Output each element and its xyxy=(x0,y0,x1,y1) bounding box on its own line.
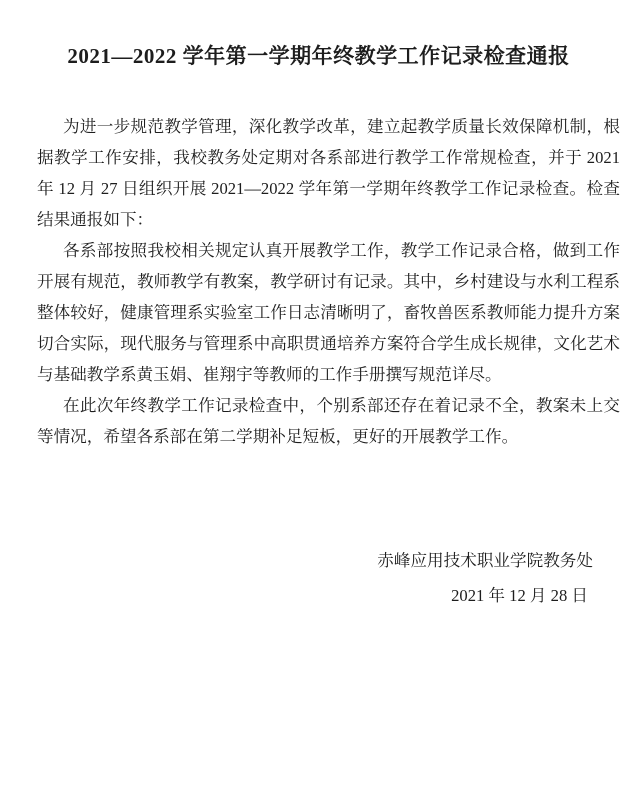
paragraph-line: 等情况，希望各系部在第二学期补足短板，更好的开展教学工作。 xyxy=(37,421,620,452)
signature-organization: 赤峰应用技术职业学院教务处 xyxy=(37,543,620,578)
paragraph-2: 各系部按照我校相关规定认真开展教学工作，教学工作记录合格，做到工作 开展有规范，… xyxy=(37,235,620,390)
paragraph-line: 切合实际，现代服务与管理系中高职贯通培养方案符合学生成长规律，文化艺术 xyxy=(37,328,620,359)
paragraph-line: 年 12 月 27 日组织开展 2021—2022 学年第一学期年终教学工作记录… xyxy=(37,173,620,204)
paragraph-line: 为进一步规范教学管理，深化教学改革，建立起教学质量长效保障机制，根 xyxy=(37,111,620,142)
signature-date: 2021 年 12 月 28 日 xyxy=(37,578,620,613)
paragraph-line: 结果通报如下： xyxy=(37,204,620,235)
paragraph-line: 开展有规范，教师教学有教案，教学研讨有记录。其中，乡村建设与水利工程系 xyxy=(37,266,620,297)
paragraph-line: 整体较好，健康管理系实验室工作日志清晰明了，畜牧兽医系教师能力提升方案 xyxy=(37,297,620,328)
document-body: 为进一步规范教学管理，深化教学改革，建立起教学质量长效保障机制，根 据教学工作安… xyxy=(37,111,620,452)
document-page: 2021—2022 学年第一学期年终教学工作记录检查通报 为进一步规范教学管理，… xyxy=(0,0,637,785)
paragraph-line: 各系部按照我校相关规定认真开展教学工作，教学工作记录合格，做到工作 xyxy=(37,235,620,266)
paragraph-line: 与基础教学系黄玉娟、崔翔宇等教师的工作手册撰写规范详尽。 xyxy=(37,359,620,390)
paragraph-1: 为进一步规范教学管理，深化教学改革，建立起教学质量长效保障机制，根 据教学工作安… xyxy=(37,111,620,235)
paragraph-line: 据教学工作安排，我校教务处定期对各系部进行教学工作常规检查，并于 2021 xyxy=(37,142,620,173)
paragraph-3: 在此次年终教学工作记录检查中，个别系部还存在着记录不全，教案未上交 等情况，希望… xyxy=(37,390,620,452)
signature-block: 赤峰应用技术职业学院教务处 2021 年 12 月 28 日 xyxy=(37,543,620,613)
paragraph-line: 在此次年终教学工作记录检查中，个别系部还存在着记录不全，教案未上交 xyxy=(37,390,620,421)
document-title: 2021—2022 学年第一学期年终教学工作记录检查通报 xyxy=(0,41,637,71)
